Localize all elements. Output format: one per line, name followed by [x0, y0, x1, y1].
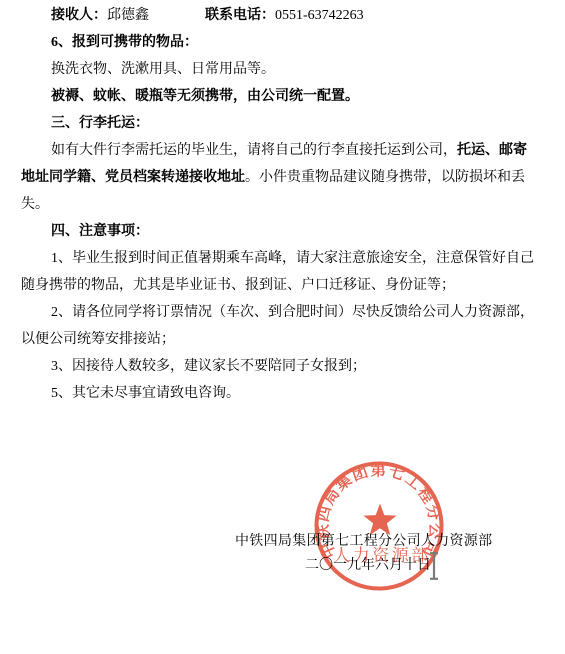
ibeam-glyph — [430, 553, 438, 579]
document-line: 2、请各位同学将订票情况（车次、到合肥时间）尽快反馈给公司人力资源部， — [21, 299, 551, 326]
text-segment: 以便公司统筹安排接站； — [21, 332, 175, 347]
text-segment: 。小件贵重物品建议随身携带，以防损坏和丢 — [245, 170, 525, 185]
text-segment: 5、其它未尽事宜请致电咨询。 — [51, 386, 240, 401]
text-segment: 三、行李托运： — [51, 116, 149, 131]
document-body: 接收人：邱德鑫 联系电话：0551-637422636、报到可携带的物品：换洗衣… — [21, 2, 551, 407]
signature-date: 二〇一九年六月十日 — [305, 552, 431, 579]
text-segment: 0551-63742263 — [275, 8, 364, 23]
text-segment: 地址同学籍、党员档案转递接收地址 — [21, 170, 245, 185]
text-segment: 托运、邮寄 — [457, 143, 527, 158]
document-line: 接收人：邱德鑫 联系电话：0551-63742263 — [21, 2, 551, 29]
document-line: 如有大件行李需托运的毕业生，请将自己的行李直接托运到公司，托运、邮寄 — [21, 137, 551, 164]
document-line: 四、注意事项： — [21, 218, 551, 245]
text-ibeam-cursor[interactable] — [428, 551, 440, 581]
document-line: 6、报到可携带的物品： — [21, 29, 551, 56]
text-segment: 四、注意事项： — [51, 224, 149, 239]
text-segment: 接收人： — [51, 8, 107, 23]
text-segment: 1、毕业生报到时间正值暑期乘车高峰，请大家注意旅途安全，注意保管好自己 — [51, 251, 534, 266]
document-line: 以便公司统筹安排接站； — [21, 326, 551, 353]
text-segment: 随身携带的物品，尤其是毕业证书、报到证、户口迁移证、身份证等； — [21, 278, 455, 293]
document-line: 3、因接待人数较多，建议家长不要陪同子女报到； — [21, 353, 551, 380]
text-segment: 失。 — [21, 197, 49, 212]
document-line: 三、行李托运： — [21, 110, 551, 137]
document-line: 随身携带的物品，尤其是毕业证书、报到证、户口迁移证、身份证等； — [21, 272, 551, 299]
text-segment: 如有大件行李需托运的毕业生，请将自己的行李直接托运到公司， — [51, 143, 457, 158]
document-line: 5、其它未尽事宜请致电咨询。 — [21, 380, 551, 407]
document-line: 地址同学籍、党员档案转递接收地址。小件贵重物品建议随身携带，以防损坏和丢 — [21, 164, 551, 191]
text-segment: 被褥、蚊帐、暖瓶等无须携带，由公司统一配置。 — [51, 89, 359, 104]
text-segment: 换洗衣物、洗漱用具、日常用品等。 — [51, 62, 275, 77]
text-segment: 3、因接待人数较多，建议家长不要陪同子女报到； — [51, 359, 366, 374]
text-segment: 联系电话： — [205, 8, 275, 23]
document-line: 被褥、蚊帐、暖瓶等无须携带，由公司统一配置。 — [21, 83, 551, 110]
document-line: 失。 — [21, 191, 551, 218]
text-segment: 2、请各位同学将订票情况（车次、到合肥时间）尽快反馈给公司人力资源部， — [51, 305, 534, 320]
text-segment — [149, 8, 205, 23]
document-line: 1、毕业生报到时间正值暑期乘车高峰，请大家注意旅途安全，注意保管好自己 — [21, 245, 551, 272]
text-segment: 6、报到可携带的物品： — [51, 35, 198, 50]
document-line: 换洗衣物、洗漱用具、日常用品等。 — [21, 56, 551, 83]
text-segment: 邱德鑫 — [107, 8, 149, 23]
document-page: 中铁四局集团第七工程分公司 人力资源部 接收人：邱德鑫 联系电话：0551-63… — [0, 0, 565, 654]
signature-org: 中铁四局集团第七工程分公司人力资源部 — [235, 528, 492, 555]
